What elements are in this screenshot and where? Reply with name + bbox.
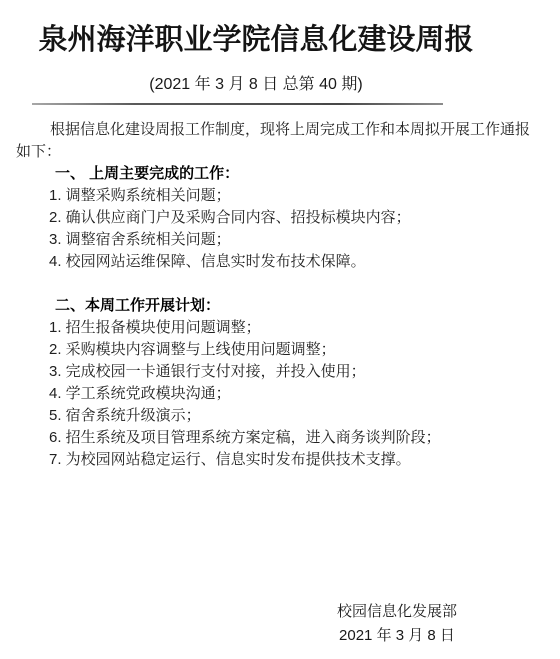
section-2-item-7: 7. 为校园网站稳定运行、信息实时发布提供技术支撑。 — [49, 449, 546, 471]
intro-line-1: 根据信息化建设周报工作制度，现将上周完成工作和本周拟开展工作通报 — [16, 121, 530, 138]
section-1-item-4: 4. 校园网站运维保障、信息实时发布技术保障。 — [49, 251, 546, 273]
section-2-item-2: 2. 采购模块内容调整与上线使用问题调整； — [49, 339, 546, 361]
signature-department: 校园信息化发展部 — [337, 600, 457, 624]
intro-paragraph: 根据信息化建设周报工作制度，现将上周完成工作和本周拟开展工作通报如下： — [16, 119, 546, 163]
section-2-heading: 二、本周工作开展计划： — [55, 295, 546, 317]
document-body: 根据信息化建设周报工作制度，现将上周完成工作和本周拟开展工作通报如下： 一、 上… — [16, 119, 546, 471]
section-2-item-1: 1. 招生报备模块使用问题调整； — [49, 317, 546, 339]
signature-block: 校园信息化发展部 2021 年 3 月 8 日 — [337, 600, 457, 648]
section-1-item-2: 2. 确认供应商门户及采购合同内容、招投标模块内容； — [49, 207, 546, 229]
section-2-item-4: 4. 学工系统党政模块沟通； — [49, 383, 546, 405]
title-divider — [32, 103, 443, 105]
document-subtitle: (2021 年 3 月 8 日 总第 40 期) — [16, 74, 496, 96]
signature-date: 2021 年 3 月 8 日 — [337, 624, 457, 648]
section-2-item-6: 6. 招生系统及项目管理系统方案定稿，进入商务谈判阶段； — [49, 427, 546, 449]
document-page: 泉州海洋职业学院信息化建设周报 (2021 年 3 月 8 日 总第 40 期)… — [0, 0, 560, 659]
section-1-item-3: 3. 调整宿舍系统相关问题； — [49, 229, 546, 251]
section-1-item-1: 1. 调整采购系统相关问题； — [49, 185, 546, 207]
section-2-item-3: 3. 完成校园一卡通银行支付对接，并投入使用； — [49, 361, 546, 383]
document-title: 泉州海洋职业学院信息化建设周报 — [16, 22, 496, 58]
section-1-heading: 一、 上周主要完成的工作： — [55, 163, 546, 185]
section-2-item-5: 5. 宿舍系统升级演示； — [49, 405, 546, 427]
intro-line-2: 如下： — [16, 143, 61, 160]
